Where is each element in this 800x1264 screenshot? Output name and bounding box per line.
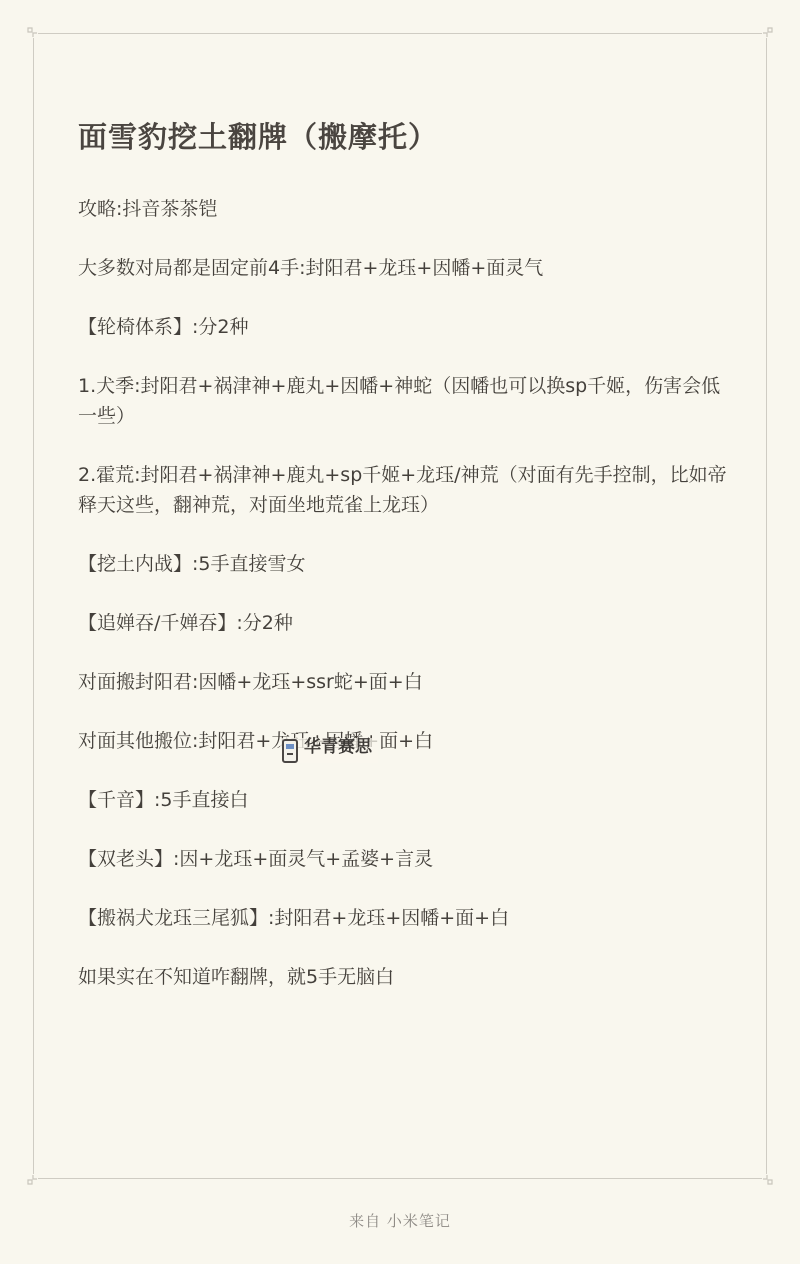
paragraph-option-2: 2.霍荒:封阳君+祸津神+鹿丸+sp千姬+龙珏/神荒（对面有先手控制，比如帝释天… [78, 460, 728, 520]
frame-corner-ornament-icon [26, 1174, 38, 1186]
paragraph-mirror-match: 【挖土内战】:5手直接雪女 [78, 549, 728, 579]
paragraph-source: 攻略:抖音茶茶铠 [78, 194, 728, 224]
paragraph-chase-case-2: 对面其他搬位:封阳君+龙珏+因幡+面+白 [78, 726, 728, 756]
paragraph-chase-heading: 【追婵吞/千婵吞】:分2种 [78, 608, 728, 638]
paragraph-chase-case-1: 对面搬封阳君:因幡+龙珏+ssr蛇+面+白 [78, 667, 728, 697]
paragraph-first-four-picks: 大多数对局都是固定前4手:封阳君+龙珏+因幡+面灵气 [78, 253, 728, 283]
gameboy-icon [282, 739, 298, 763]
note-body: 攻略:抖音茶茶铠 大多数对局都是固定前4手:封阳君+龙珏+因幡+面灵气 【轮椅体… [78, 194, 728, 1021]
watermark-text: 华青赛思 [304, 732, 372, 757]
paragraph-wheelchair-heading: 【轮椅体系】:分2种 [78, 312, 728, 342]
footer-source: 来自 小米笔记 [0, 1210, 800, 1231]
frame-corner-ornament-icon [762, 1174, 774, 1186]
note-title: 面雪豹挖土翻牌（搬摩托） [78, 115, 438, 156]
paragraph-qianyin: 【千音】:5手直接白 [78, 785, 728, 815]
paragraph-option-1: 1.犬季:封阳君+祸津神+鹿丸+因幡+神蛇（因幡也可以换sp千姬，伤害会低一些） [78, 371, 728, 431]
paragraph-fox-team: 【搬祸犬龙珏三尾狐】:封阳君+龙珏+因幡+面+白 [78, 903, 728, 933]
paragraph-fallback: 如果实在不知道咋翻牌，就5手无脑白 [78, 962, 728, 992]
paragraph-double-elder: 【双老头】:因+龙珏+面灵气+孟婆+言灵 [78, 844, 728, 874]
frame-corner-ornament-icon [26, 26, 38, 38]
watermark: 华青赛思 [280, 738, 378, 763]
frame-corner-ornament-icon [762, 26, 774, 38]
